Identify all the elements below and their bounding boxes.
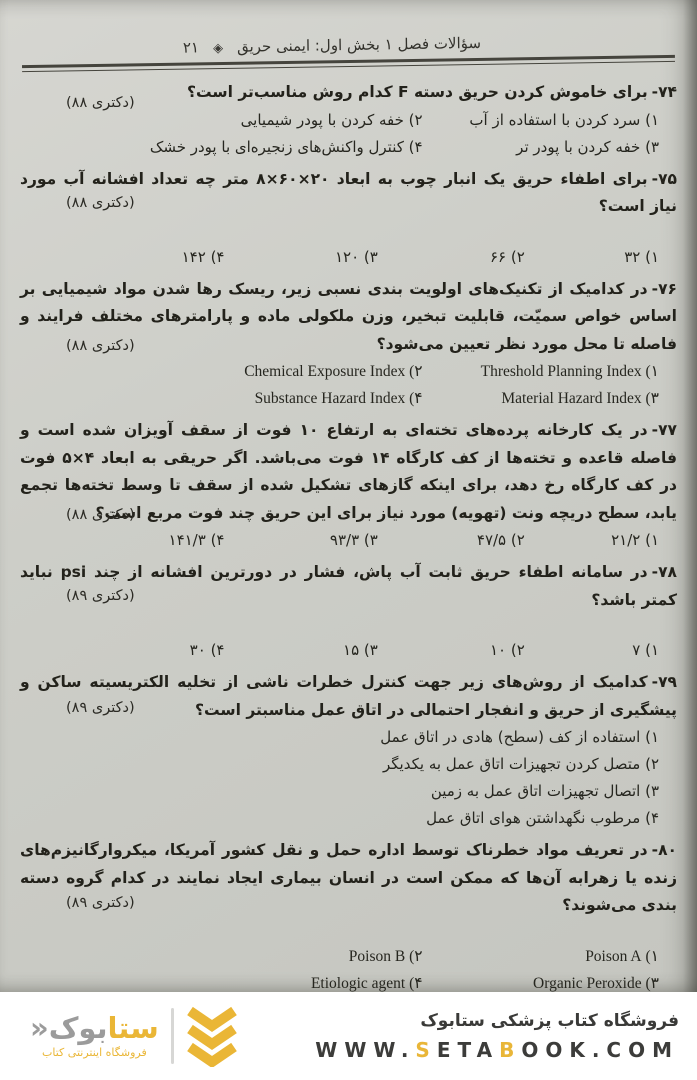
- option-2: ۲) Poison B: [20, 943, 423, 970]
- source-tag: (دکتری ۸۸): [66, 507, 135, 523]
- option-1: ۱) ۳۲: [525, 244, 659, 271]
- logo-divider: [171, 1008, 174, 1064]
- website-url: WWW.SETABOOK.COM: [315, 1038, 679, 1062]
- options-row: ۳) خفه کردن با پودر تر ۴) کنترل واکنش‌ها…: [20, 134, 677, 161]
- option-3: ۳) ۱۵: [224, 637, 377, 664]
- source-tag: (دکتری ۸۹): [66, 895, 135, 911]
- guillemet-icon: «: [30, 1011, 49, 1045]
- option-2: ۲) متصل کردن تجهیزات اتاق عمل به یکدیگر: [20, 751, 677, 778]
- source-tag: (دکتری ۸۸): [66, 95, 135, 111]
- option-2: ۲) ۱۰: [378, 637, 525, 664]
- option-4: ۴) Etiologic agent: [20, 970, 423, 993]
- setabook-logo: ستابوک« فروشگاه اینترنتی کتاب: [30, 1005, 238, 1067]
- url-b: B: [499, 1038, 521, 1062]
- setabook-chevrons-icon: [186, 1005, 238, 1067]
- question-76: ۷۶-در کدامیک از تکنیک‌های اولویت بندی نس…: [20, 276, 677, 413]
- diamond-icon: ◈: [213, 41, 223, 56]
- options-row: ۱) ۳۲ ۲) ۶۶ ۳) ۱۲۰ ۴) ۱۴۲: [20, 244, 677, 271]
- question-number: ۷۷-: [652, 421, 677, 439]
- options-row: ۱) Threshold Planning Index ۲) Chemical …: [20, 358, 677, 385]
- logo-wordmark: ستابوک« فروشگاه اینترنتی کتاب: [30, 1013, 159, 1059]
- option-1: ۱) استفاده از کف (سطح) هادی در اتاق عمل: [20, 724, 677, 751]
- option-1: ۱) ۲۱/۲: [525, 527, 659, 554]
- source-tag: (دکتری ۸۹): [66, 588, 135, 604]
- option-4: ۴) Substance Hazard Index: [20, 385, 423, 412]
- option-2: ۲) Chemical Exposure Index: [20, 358, 423, 385]
- footer-text: فروشگاه کتاب پزشکی ستابوک WWW.SETABOOK.C…: [311, 1011, 679, 1062]
- options-row: ۳) Organic Peroxide ۴) Etiologic agent: [20, 970, 677, 993]
- options-row: ۳) Material Hazard Index ۴) Substance Ha…: [20, 385, 677, 412]
- option-4: ۴) ۳۰: [20, 637, 224, 664]
- question-80: ۸۰-در تعریف مواد خطرناک توسط اداره حمل و…: [20, 837, 677, 992]
- url-s: S: [415, 1038, 436, 1062]
- question-number: ۷۴-: [652, 83, 677, 101]
- question-75: ۷۵-برای اطفاء حریق یک انبار چوب به ابعاد…: [20, 166, 677, 271]
- question-number: ۷۶-: [652, 280, 677, 298]
- logo-word-start: ستا: [108, 1011, 159, 1045]
- page-scan: سؤالات فصل ۱ بخش اول: ایمنی حریق ◈ ۲۱ ۷۴…: [0, 0, 697, 992]
- source-tag: (دکتری ۸۸): [66, 195, 135, 211]
- option-3: ۳) Material Hazard Index: [423, 385, 659, 412]
- question-number: ۷۵-: [652, 170, 677, 188]
- footer-band: ستابوک« فروشگاه اینترنتی کتاب فروشگاه کت…: [0, 992, 697, 1080]
- source-tag: (دکتری ۸۸): [66, 338, 135, 354]
- option-4: ۴) مرطوب نگهداشتن هوای اتاق عمل: [20, 805, 677, 832]
- page-header: سؤالات فصل ۱ بخش اول: ایمنی حریق ◈ ۲۱: [20, 31, 677, 59]
- option-3: ۳) ۹۳/۳: [224, 527, 377, 554]
- logo-word-end: بوک: [49, 1011, 108, 1045]
- page-edge-shadow: [683, 0, 697, 992]
- chapter-title: سؤالات فصل ۱ بخش اول: ایمنی حریق: [237, 34, 481, 56]
- option-1: ۱) Threshold Planning Index: [423, 358, 659, 385]
- options-row: ۱) ۲۱/۲ ۲) ۴۷/۵ ۳) ۹۳/۳ ۴) ۱۴۱/۳: [20, 527, 677, 554]
- logo-word: ستابوک«: [30, 1013, 159, 1043]
- option-3: ۳) ۱۲۰: [224, 244, 377, 271]
- option-3: ۳) اتصال تجهیزات اتاق عمل به زمین: [20, 778, 677, 805]
- question-77: ۷۷-در یک کارخانه پرده‌های تخته‌ای به ارت…: [20, 417, 677, 554]
- question-body: برای خاموش کردن حریق دسته F کدام روش منا…: [187, 83, 648, 101]
- store-title: فروشگاه کتاب پزشکی ستابوک: [408, 1011, 679, 1031]
- scanned-book-page: سؤالات فصل ۱ بخش اول: ایمنی حریق ◈ ۲۱ ۷۴…: [0, 0, 697, 1080]
- logo-subtitle: فروشگاه اینترنتی کتاب: [42, 1046, 147, 1059]
- options-row: ۱) ۷ ۲) ۱۰ ۳) ۱۵ ۴) ۳۰: [20, 637, 677, 664]
- option-4: ۴) کنترل واکنش‌های زنجیره‌ای با پودر خشک: [20, 134, 423, 161]
- option-1: ۱) ۷: [525, 637, 659, 664]
- question-78: ۷۸-در سامانه اطفاء حریق ثابت آب پاش، فشا…: [20, 559, 677, 664]
- question-74: ۷۴-برای خاموش کردن حریق دسته F کدام روش …: [20, 79, 677, 161]
- question-79: ۷۹-کدامیک از روش‌های زیر جهت کنترل خطرات…: [20, 669, 677, 832]
- url-eta: ETA: [437, 1038, 499, 1062]
- source-tag: (دکتری ۸۹): [66, 700, 135, 716]
- question-number: ۸۰-: [652, 841, 677, 859]
- url-rest: OOK.COM: [521, 1038, 679, 1062]
- options-row: ۱) Poison A ۲) Poison B: [20, 943, 677, 970]
- option-2: ۲) ۶۶: [378, 244, 525, 271]
- option-2: ۲) ۴۷/۵: [378, 527, 525, 554]
- page-number: ۲۱: [183, 38, 199, 56]
- option-3: ۳) خفه کردن با پودر تر: [423, 134, 659, 161]
- question-number: ۷۹-: [652, 673, 677, 691]
- option-4: ۴) ۱۴۱/۳: [20, 527, 224, 554]
- option-1: ۱) سرد کردن با استفاده از آب: [423, 107, 659, 134]
- question-text: ۷۵-برای اطفاء حریق یک انبار چوب به ابعاد…: [20, 166, 677, 221]
- url-www: WWW.: [315, 1038, 415, 1062]
- question-number: ۷۸-: [652, 563, 677, 581]
- option-1: ۱) Poison A: [423, 943, 659, 970]
- question-text: ۷۸-در سامانه اطفاء حریق ثابت آب پاش، فشا…: [20, 559, 677, 614]
- option-3: ۳) Organic Peroxide: [423, 970, 659, 993]
- option-4: ۴) ۱۴۲: [20, 244, 224, 271]
